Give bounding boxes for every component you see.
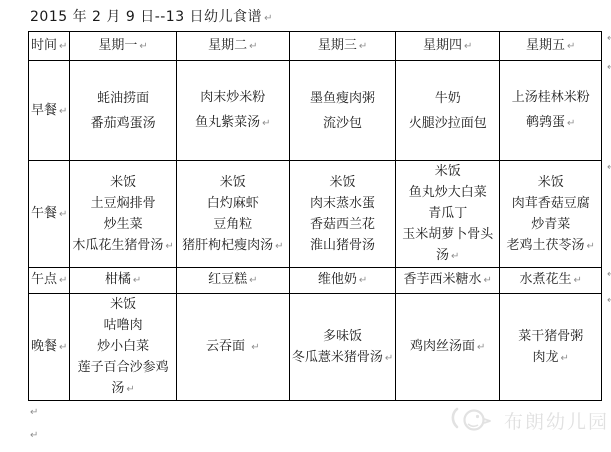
menu-item-text: 肉末蒸水蛋	[310, 196, 375, 211]
paragraph-mark: ↵	[131, 275, 141, 286]
menu-item: 米饭	[72, 172, 173, 193]
page-title: 2015 年 2 月 9 日--13 日幼儿食谱↵	[30, 6, 273, 26]
menu-cell: 肉末炒米粉鱼丸紫菜汤↵	[176, 61, 289, 161]
paragraph-mark: ↵	[565, 118, 575, 129]
watermark-text: 布朗幼儿园	[504, 407, 609, 434]
menu-cell: 菜干猪骨粥肉龙↵	[500, 294, 602, 401]
paragraph-mark: ↵	[249, 342, 259, 353]
paragraph-mark: ↵	[163, 241, 173, 252]
header-label: 星期一↵	[72, 36, 173, 57]
paragraph-mark: ↵	[247, 275, 257, 286]
menu-item-text: 猪肝枸杞瘦肉汤	[182, 238, 273, 253]
menu-item: 炒青菜	[502, 214, 599, 235]
menu-item-text: 鱼丸紫菜汤	[195, 115, 260, 130]
menu-item-text: 香菇西兰花	[310, 217, 375, 232]
row-end-mark: ↵	[607, 33, 611, 44]
paragraph-mark: ↵	[449, 251, 459, 262]
time-cell: 午餐↵	[29, 161, 70, 268]
menu-item-text: 青瓜丁	[428, 206, 467, 221]
paragraph-mark: ↵	[262, 13, 273, 24]
menu-item: 红豆糕↵	[179, 270, 287, 291]
menu-item: 鸡肉丝汤面↵	[398, 336, 497, 358]
menu-item-text: 土豆焖排骨	[91, 196, 156, 211]
menu-cell: 米饭白灼麻虾豆角粒猪肝枸杞瘦肉汤↵	[176, 161, 289, 268]
header-cell: 星期一↵	[70, 32, 176, 61]
menu-item: 汤↵	[398, 245, 497, 267]
menu-item: 上汤桂林米粉	[502, 85, 599, 110]
menu-item: 流沙包	[292, 111, 393, 136]
header-label-text: 星期三	[318, 38, 357, 53]
row-end-mark: ↵	[607, 162, 611, 173]
menu-item: 米饭	[179, 172, 287, 193]
row-end-mark: ↵	[607, 295, 611, 306]
time-label-text: 晚餐	[31, 339, 57, 354]
menu-item-text: 莲子百合沙参鸡	[78, 360, 169, 375]
menu-cell: 上汤桂林米粉鹌鹑蛋↵	[500, 61, 602, 161]
header-label: 星期五↵	[502, 36, 599, 57]
menu-item-text: 红豆糕	[208, 272, 247, 287]
menu-item-text: 香芋西米糖水	[404, 272, 482, 287]
menu-item-text: 豆角粒	[213, 217, 252, 232]
paragraph-mark: ↵	[585, 241, 595, 252]
menu-item: 香菇西兰花	[292, 214, 393, 235]
menu-cell: 多味饭冬瓜薏米猪骨汤↵	[289, 294, 395, 401]
header-label: 星期四↵	[398, 36, 497, 57]
menu-item-text: 多味饭	[323, 329, 362, 344]
time-label: 早餐↵	[31, 98, 67, 124]
paragraph-mark: ↵	[462, 41, 472, 52]
menu-item-text: 米饭	[110, 297, 136, 312]
menu-item-text: 番茄鸡蛋汤	[91, 116, 156, 131]
menu-cell: 墨鱼瘦肉粥流沙包	[289, 61, 395, 161]
menu-item-text: 咕噜肉	[104, 318, 143, 333]
paragraph-mark: ↵	[559, 353, 569, 364]
menu-item: 土豆焖排骨	[72, 193, 173, 214]
menu-cell: 云吞面 ↵	[176, 294, 289, 401]
menu-item-text: 牛奶	[435, 91, 461, 106]
menu-table: 时间↵星期一↵星期二↵星期三↵星期四↵星期五↵早餐↵蚝油捞面番茄鸡蛋汤肉末炒米粉…	[28, 31, 602, 401]
time-label-text: 午餐	[31, 206, 57, 221]
menu-item-text: 汤	[436, 248, 449, 263]
menu-item: 肉龙↵	[502, 347, 599, 369]
table-row: 午餐↵米饭土豆焖排骨炒生菜木瓜花生猪骨汤↵米饭白灼麻虾豆角粒猪肝枸杞瘦肉汤↵米饭…	[29, 161, 602, 268]
paragraph-mark: ↵	[247, 41, 257, 52]
time-label: 午点↵	[31, 270, 67, 291]
paragraph-mark: ↵	[57, 41, 67, 52]
menu-item: 玉米胡萝卜骨头	[398, 224, 497, 245]
menu-item: 肉末炒米粉	[179, 85, 287, 110]
paragraph-mark: ↵	[572, 275, 582, 286]
time-label-text: 午点	[31, 272, 57, 287]
menu-item-text: 蚝油捞面	[97, 91, 149, 106]
menu-item: 鹌鹑蛋↵	[502, 110, 599, 136]
menu-item-text: 米饭	[538, 175, 564, 190]
menu-item: 香芋西米糖水↵	[398, 270, 497, 291]
menu-cell: 米饭鱼丸炒大白菜青瓜丁玉米胡萝卜骨头汤↵	[396, 161, 500, 268]
menu-item-text: 炒生菜	[104, 217, 143, 232]
header-label: 时间↵	[31, 36, 67, 57]
menu-item-text: 柑橘	[105, 272, 131, 287]
paragraph-mark: ↵	[357, 275, 367, 286]
header-label: 星期三↵	[292, 36, 393, 57]
row-end-mark: ↵	[607, 269, 611, 280]
paragraph-mark: ↵	[565, 41, 575, 52]
paragraph-mark: ↵	[357, 41, 367, 52]
menu-item-text: 冬瓜薏米猪骨汤	[292, 350, 383, 365]
menu-item: 维他奶↵	[292, 270, 393, 291]
paragraph-mark: ↵	[475, 342, 485, 353]
menu-item: 米饭	[502, 172, 599, 193]
menu-item-text: 菜干猪骨粥	[518, 329, 583, 344]
header-cell: 时间↵	[29, 32, 70, 61]
menu-item: 番茄鸡蛋汤	[72, 111, 173, 136]
menu-cell: 牛奶火腿沙拉面包	[396, 61, 500, 161]
header-cell: 星期四↵	[396, 32, 500, 61]
menu-item: 莲子百合沙参鸡	[72, 357, 173, 378]
time-cell: 晚餐↵	[29, 294, 70, 401]
menu-item-text: 米饭	[110, 175, 136, 190]
menu-item: 多味饭	[292, 326, 393, 347]
menu-cell: 米饭咕噜肉炒小白菜莲子百合沙参鸡汤↵	[70, 294, 176, 401]
menu-item-text: 炒青菜	[531, 217, 570, 232]
menu-item: 墨鱼瘦肉粥	[292, 86, 393, 111]
menu-item: 白灼麻虾	[179, 193, 287, 214]
menu-item: 火腿沙拉面包	[398, 111, 497, 136]
menu-item-text: 火腿沙拉面包	[409, 116, 487, 131]
menu-item-text: 肉末炒米粉	[200, 90, 265, 105]
menu-item: 牛奶	[398, 86, 497, 111]
menu-item: 炒生菜	[72, 214, 173, 235]
paragraph-mark: ↵	[137, 41, 147, 52]
menu-item: 老鸡土茯苓汤↵	[502, 235, 599, 257]
paragraph-mark: ↵	[273, 241, 283, 252]
paragraph-mark: ↵	[57, 209, 67, 220]
menu-item-text: 肉龙	[533, 350, 559, 365]
time-label: 晚餐↵	[31, 336, 67, 358]
paragraph-mark: ↵	[383, 353, 393, 364]
row-end-mark: ↵	[607, 62, 611, 73]
bird-logo-icon	[450, 406, 496, 434]
menu-item-text: 老鸡土茯苓汤	[507, 238, 585, 253]
page-title-text: 2015 年 2 月 9 日--13 日幼儿食谱	[30, 9, 262, 25]
menu-item-text: 米饭	[220, 175, 246, 190]
header-cell: 星期二↵	[176, 32, 289, 61]
menu-item: 蚝油捞面	[72, 86, 173, 111]
paragraph-mark: ↵	[260, 118, 270, 129]
header-row: 时间↵星期一↵星期二↵星期三↵星期四↵星期五↵	[29, 32, 602, 61]
menu-item: 柑橘↵	[72, 270, 173, 291]
empty-paragraph-mark: ↵	[30, 407, 38, 418]
table-row: 晚餐↵米饭咕噜肉炒小白菜莲子百合沙参鸡汤↵云吞面 ↵多味饭冬瓜薏米猪骨汤↵鸡肉丝…	[29, 294, 602, 401]
time-cell: 午点↵	[29, 268, 70, 294]
menu-item: 豆角粒	[179, 214, 287, 235]
menu-item: 米饭	[292, 172, 393, 193]
document-page: 2015 年 2 月 9 日--13 日幼儿食谱↵ 时间↵星期一↵星期二↵星期三…	[0, 0, 611, 452]
menu-cell: 红豆糕↵	[176, 268, 289, 294]
menu-cell: 鸡肉丝汤面↵	[396, 294, 500, 401]
menu-cell: 水煮花生↵	[500, 268, 602, 294]
menu-item-text: 肉茸香菇豆腐	[512, 196, 590, 211]
menu-item: 云吞面 ↵	[179, 336, 287, 358]
menu-item-text: 上汤桂林米粉	[512, 90, 590, 105]
menu-cell: 米饭肉末蒸水蛋香菇西兰花淮山猪骨汤	[289, 161, 395, 268]
menu-item: 汤↵	[72, 378, 173, 400]
menu-item-text: 木瓜花生猪骨汤	[72, 238, 163, 253]
watermark: 布朗幼儿园	[450, 406, 609, 434]
empty-paragraph-mark: ↵	[30, 430, 38, 441]
menu-item: 菜干猪骨粥	[502, 326, 599, 347]
menu-item-text: 汤	[111, 381, 124, 396]
menu-item: 鱼丸炒大白菜	[398, 182, 497, 203]
menu-item-text: 鹌鹑蛋	[526, 115, 565, 130]
header-label-text: 时间	[31, 38, 57, 53]
menu-item-text: 云吞面	[206, 339, 249, 354]
menu-item: 炒小白菜	[72, 336, 173, 357]
menu-item-text: 淮山猪骨汤	[310, 238, 375, 253]
menu-item: 青瓜丁	[398, 203, 497, 224]
menu-item-text: 玉米胡萝卜骨头	[402, 227, 493, 242]
paragraph-mark: ↵	[57, 342, 67, 353]
menu-cell: 米饭土豆焖排骨炒生菜木瓜花生猪骨汤↵	[70, 161, 176, 268]
menu-item: 猪肝枸杞瘦肉汤↵	[179, 235, 287, 257]
header-label: 星期二↵	[179, 36, 287, 57]
header-label-text: 星期二	[208, 38, 247, 53]
table-row: 早餐↵蚝油捞面番茄鸡蛋汤肉末炒米粉鱼丸紫菜汤↵墨鱼瘦肉粥流沙包牛奶火腿沙拉面包上…	[29, 61, 602, 161]
header-label-text: 星期五	[526, 38, 565, 53]
time-cell: 早餐↵	[29, 61, 70, 161]
paragraph-mark: ↵	[124, 384, 134, 395]
menu-item-text: 米饭	[435, 164, 461, 179]
menu-item-text: 维他奶	[318, 272, 357, 287]
menu-cell: 蚝油捞面番茄鸡蛋汤	[70, 61, 176, 161]
menu-item: 淮山猪骨汤	[292, 235, 393, 256]
menu-item: 水煮花生↵	[502, 270, 599, 291]
paragraph-mark: ↵	[57, 275, 67, 286]
menu-item-text: 墨鱼瘦肉粥	[310, 91, 375, 106]
menu-cell: 香芋西米糖水↵	[396, 268, 500, 294]
header-cell: 星期五↵	[500, 32, 602, 61]
table-row: 午点↵柑橘↵红豆糕↵维他奶↵香芋西米糖水↵水煮花生↵	[29, 268, 602, 294]
menu-item-text: 米饭	[330, 175, 356, 190]
time-label-text: 早餐	[31, 103, 57, 118]
menu-item-text: 鱼丸炒大白菜	[409, 185, 487, 200]
menu-item: 鱼丸紫菜汤↵	[179, 110, 287, 136]
menu-item: 米饭	[72, 294, 173, 315]
menu-cell: 维他奶↵	[289, 268, 395, 294]
menu-item-text: 白灼麻虾	[207, 196, 259, 211]
menu-item: 米饭	[398, 161, 497, 182]
menu-item: 咕噜肉	[72, 315, 173, 336]
menu-cell: 柑橘↵	[70, 268, 176, 294]
header-label-text: 星期四	[423, 38, 462, 53]
menu-item-text: 流沙包	[323, 116, 362, 131]
header-label-text: 星期一	[98, 38, 137, 53]
menu-item-text: 炒小白菜	[97, 339, 149, 354]
paragraph-mark: ↵	[57, 106, 67, 117]
menu-item-text: 鸡肉丝汤面	[410, 339, 475, 354]
paragraph-mark: ↵	[482, 275, 492, 286]
menu-item-text: 水煮花生	[520, 272, 572, 287]
menu-item: 肉茸香菇豆腐	[502, 193, 599, 214]
menu-cell: 米饭肉茸香菇豆腐炒青菜老鸡土茯苓汤↵	[500, 161, 602, 268]
time-label: 午餐↵	[31, 203, 67, 225]
menu-item: 木瓜花生猪骨汤↵	[72, 235, 173, 257]
menu-item: 肉末蒸水蛋	[292, 193, 393, 214]
header-cell: 星期三↵	[289, 32, 395, 61]
menu-item: 冬瓜薏米猪骨汤↵	[292, 347, 393, 369]
